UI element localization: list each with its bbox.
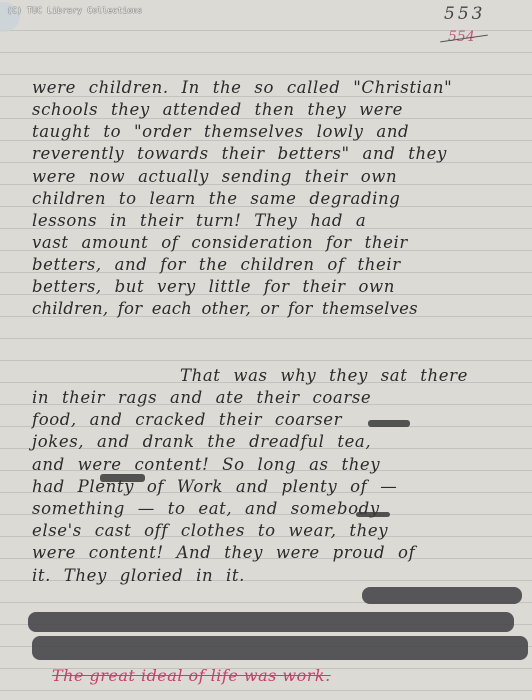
crossed-out-word: [368, 420, 410, 427]
old-page-number: 554: [448, 29, 475, 45]
text-line: lessons in their turn! They had a: [32, 210, 532, 232]
text-line: food, and cracked their coarser: [32, 409, 532, 431]
redaction-stroke: [362, 587, 522, 604]
crossed-out-word: [100, 474, 145, 482]
text-line: jokes, and drank the dreadful tea,: [32, 431, 532, 453]
red-crossed-out-line: The great ideal of life was work.: [52, 666, 331, 685]
text-line: children, for each other, or for themsel…: [32, 298, 532, 320]
text-line: That was why they sat there: [180, 365, 532, 387]
text-line: taught to "order themselves lowly and: [32, 121, 532, 143]
text-line: it. They gloried in it.: [32, 565, 532, 587]
text-line: something — to eat, and somebody: [32, 498, 532, 520]
copyright-watermark: (C) TUC Library Collections: [7, 6, 142, 15]
text-line: were now actually sending their own: [32, 166, 532, 188]
text-line: and were content! So long as they: [32, 454, 532, 476]
redaction-stroke: [28, 612, 514, 632]
text-line: schools they attended then they were: [32, 99, 532, 121]
text-line: were children. In the so called "Christi…: [32, 77, 532, 99]
text-line: children to learn the same degrading: [32, 188, 532, 210]
text-line: else's cast off clothes to wear, they: [32, 520, 532, 542]
text-line: betters, but very little for their own: [32, 276, 532, 298]
text-line: vast amount of consideration for their: [32, 232, 532, 254]
redaction-stroke: [32, 636, 528, 660]
text-line: in their rags and ate their coarse: [32, 387, 532, 409]
text-line: were content! And they were proud of: [32, 542, 532, 564]
text-line: betters, and for the children of their: [32, 254, 532, 276]
page-number: 553: [444, 4, 485, 24]
crossed-out-word: [356, 512, 390, 517]
text-line: reverently towards their betters" and th…: [32, 143, 532, 165]
